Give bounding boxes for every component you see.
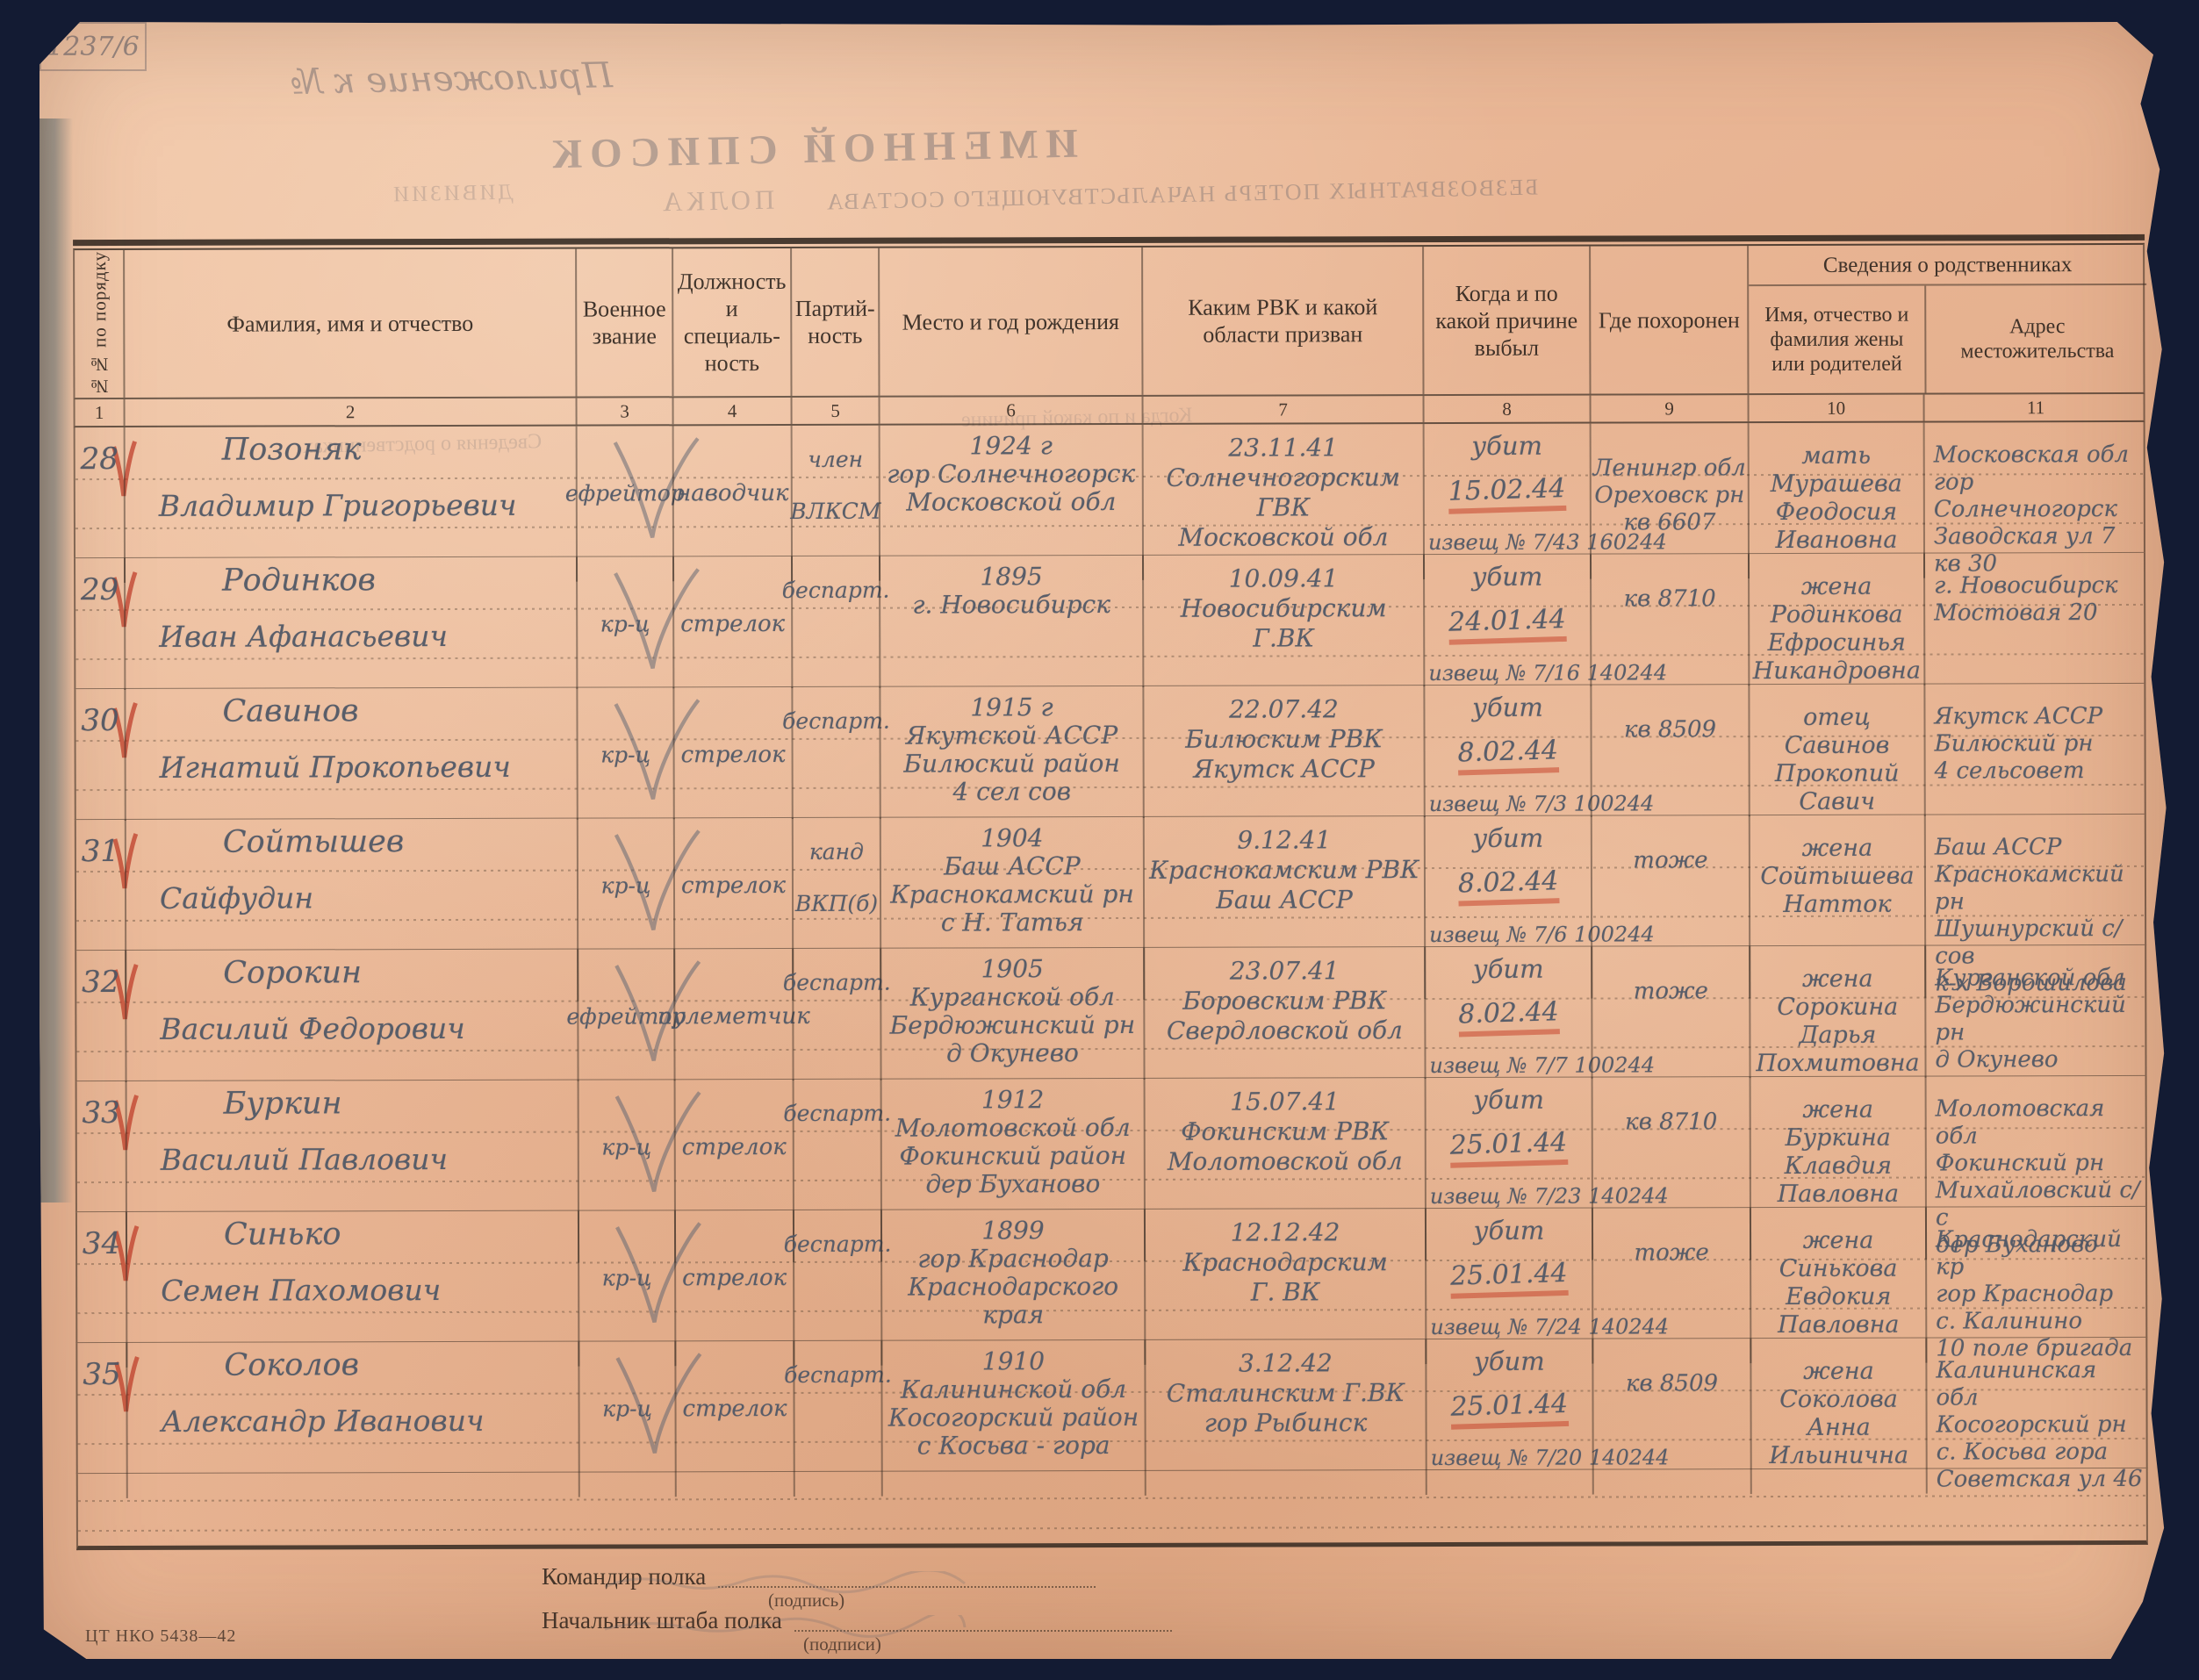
entry-party: беспарт. <box>783 970 891 995</box>
cell-party-status: беспарт. <box>791 687 879 819</box>
entry-given-names: Александр Иванович <box>162 1404 575 1439</box>
scanned-casualty-list-page: { "page": { "stamp_number": "1237/6", "f… <box>0 0 2199 1680</box>
bleedthrough-title: ИМЕННОЙ СПИСОК <box>544 120 1079 179</box>
table-body: 28 Позоняк Владимир Григорьевич ефрейтор… <box>74 422 2148 1550</box>
scan-edge-strip <box>32 118 73 1203</box>
column-number: 5 <box>791 398 879 424</box>
casualty-status: убит <box>1472 693 1543 722</box>
bleedthrough-subtitle: БЕЗВОЗВРАТНЫХ ПОТЕРЬ НАЧАЛЬСТВУЮЩЕГО СОС… <box>825 174 1539 215</box>
stamp-number-box: 1237/6 <box>40 22 147 71</box>
cell-draft-office: 22.07.42 Билюским РВК Якутск АССР <box>1142 686 1423 818</box>
casualty-date: 8.02.44 <box>1458 996 1560 1037</box>
entry-surname: Сойтышев <box>223 824 573 860</box>
casualty-status: убит <box>1474 1346 1545 1376</box>
col-header-when: Когда и по какой причине выбыл <box>1422 247 1589 394</box>
entry-given-names: Василий Федорович <box>160 1011 573 1046</box>
entry-rank: кр-ц <box>601 872 651 898</box>
column-number: 9 <box>1590 395 1748 421</box>
cell-burial-place: тоже <box>1591 946 1749 1078</box>
cell-casualty-info: убит 8.02.44 извещ № 7/7 100244 <box>1424 947 1591 1079</box>
entry-given-names: Василий Павлович <box>161 1142 574 1177</box>
entry-given-names: Сайфудин <box>160 880 573 915</box>
col-header-buried: Где похоронен <box>1589 246 1747 393</box>
entry-party: член <box>808 447 863 472</box>
cell-relative-address: Якутск АССР Билюский рн 4 сельсовет <box>1923 684 2147 816</box>
column-number: 6 <box>879 397 1142 424</box>
casualty-status: убит <box>1471 431 1542 461</box>
column-number: 7 <box>1142 396 1423 423</box>
bleedthrough-division: ДИВИЗИИ <box>391 181 514 208</box>
entry-position: стрелок <box>680 611 785 637</box>
relatives-group-title: Сведения о родственниках <box>1749 245 2146 286</box>
print-form-number: ЦТ НКО 5438—42 <box>85 1626 236 1647</box>
cell-position: пулеметчик <box>673 949 792 1081</box>
entry-given-names: Иван Афанасьевич <box>159 619 572 654</box>
col-header-number: №№ по порядку <box>75 250 123 398</box>
cell-position: стрелок <box>672 556 791 688</box>
cell-position: стрелок <box>672 687 791 819</box>
entry-surname: Савинов <box>222 693 572 729</box>
entry-surname: Соколов <box>224 1347 574 1383</box>
column-number: 10 <box>1748 395 1923 422</box>
col-header-rank: Военное звание <box>575 248 672 396</box>
entry-rank: кр-ц <box>602 1396 652 1421</box>
entry-position: стрелок <box>683 1396 787 1422</box>
cell-full-name: Сорокин Василий Федорович <box>125 950 577 1082</box>
cell-relative-name: жена Родинкова Ефросинья Никандровна <box>1748 554 1923 686</box>
entry-party: ВКП(б) <box>795 891 878 916</box>
table-row: 29 Родинков Иван Афанасьевич кр-ц стрело… <box>74 553 2145 689</box>
entry-surname: Синько <box>224 1217 574 1253</box>
column-number: 3 <box>576 398 672 424</box>
cell-casualty-info: убит 24.01.44 извещ № 7/16 140244 <box>1423 555 1590 686</box>
table-row: 30 Савинов Игнатий Прокопьевич кр-ц стре… <box>74 684 2145 820</box>
entry-surname: Родинков <box>222 563 572 599</box>
entry-position: наводчик <box>676 480 788 506</box>
document-paper: Приложение к № 1237/6 ИМЕННОЙ СПИСОК ДИВ… <box>40 22 2168 1659</box>
cell-draft-office: 10.09.41 Новосибирским Г.ВК <box>1142 555 1423 687</box>
column-number: 1 <box>75 399 124 426</box>
entry-party: беспарт. <box>784 1362 892 1388</box>
entry-rank: кр-ц <box>600 611 650 636</box>
entry-position: стрелок <box>682 1134 787 1160</box>
cell-birth-place: 1915 г Якутской АССР Билюский район 4 се… <box>879 686 1142 819</box>
entry-party: беспарт. <box>782 708 890 734</box>
cell-relative-name: отец Савинов Прокопий Савич <box>1748 685 1923 817</box>
casualty-date: 8.02.44 <box>1457 865 1559 906</box>
entry-position: пулеметчик <box>658 1003 810 1030</box>
entry-surname: Буркин <box>224 1086 574 1122</box>
entry-rank: кр-ц <box>601 1134 651 1159</box>
cell-burial-place: кв 8710 <box>1590 554 1748 686</box>
entry-position: стрелок <box>681 742 786 768</box>
casualty-date: 25.01.44 <box>1450 1389 1569 1430</box>
cell-row-number: 30 <box>75 689 124 821</box>
table-row: 28 Позоняк Владимир Григорьевич ефрейтор… <box>74 422 2145 558</box>
column-number: 11 <box>1923 394 2147 421</box>
empty-table-row <box>76 1468 2148 1550</box>
row-number: 29 <box>81 572 119 690</box>
entry-given-names: Игнатий Прокопьевич <box>160 750 573 785</box>
entry-surname: Сорокин <box>223 955 573 991</box>
entry-rank: кр-ц <box>600 742 650 767</box>
cell-row-number: 32 <box>76 951 125 1082</box>
signature-scribble <box>601 1571 970 1594</box>
row-number: 32 <box>82 965 120 1082</box>
table-row: 34 Синько Семен Пахомович кр-ц стрелок б… <box>75 1207 2147 1343</box>
entry-position: стрелок <box>682 1265 787 1291</box>
col-header-birth: Место и год рождения <box>878 248 1141 396</box>
col-header-party: Партий- ность <box>790 248 878 396</box>
cell-relative-name: жена Сорокина Дарья Похмитовна <box>1749 946 1924 1079</box>
col-header-rvk: Каким РВК и какой области призван <box>1141 247 1422 395</box>
entry-party: беспарт. <box>784 1231 892 1257</box>
table-header-row: №№ по порядку Фамилия, имя и отчество Во… <box>73 243 2145 399</box>
entry-party: канд <box>809 839 864 865</box>
col-header-name: Фамилия, имя и отчество <box>123 249 575 398</box>
entry-party: ВЛКСМ <box>790 499 880 524</box>
cell-relative-address: г. Новосибирск Мостовая 20 <box>1923 553 2147 686</box>
casualty-status: убит <box>1474 1216 1545 1246</box>
entry-party: беспарт. <box>782 578 890 603</box>
cell-full-name: Савинов Игнатий Прокопьевич <box>124 688 576 821</box>
bleedthrough-polka: ПОЛКА <box>658 184 775 219</box>
entry-surname: Позоняк <box>222 432 572 468</box>
casualty-status: убит <box>1473 954 1544 984</box>
cell-party-status: беспарт. <box>791 556 879 688</box>
cell-military-rank: кр-ц <box>576 687 672 819</box>
col-header-position: Должность и специаль- ность <box>672 248 790 396</box>
casualty-date: 15.02.44 <box>1448 473 1566 514</box>
cell-draft-office: 23.07.41 Боровским РВК Свердловской обл <box>1143 947 1424 1080</box>
cell-full-name: Родинков Иван Афанасьевич <box>124 557 576 690</box>
cell-relative-address: Курганской обл Бердюжинский рн д Окунево <box>1924 945 2148 1078</box>
cell-casualty-info: убит 8.02.44 извещ № 7/3 100244 <box>1423 686 1590 817</box>
cell-row-number: 29 <box>75 558 124 690</box>
casualty-table: №№ по порядку Фамилия, имя и отчество Во… <box>73 234 2148 1550</box>
column-number: 4 <box>672 398 791 424</box>
casualty-status: убит <box>1472 562 1543 592</box>
entry-given-names: Владимир Григорьевич <box>159 488 572 523</box>
cell-birth-place: 1895 г. Новосибирск <box>879 556 1142 688</box>
column-number: 8 <box>1423 396 1590 422</box>
table-row: 32 Сорокин Василий Федорович ефрейтор пу… <box>75 945 2146 1081</box>
signature-scribble <box>601 1615 970 1638</box>
casualty-date: 25.01.44 <box>1449 1127 1568 1168</box>
table-row: 31 Сойтышев Сайфудин кр-ц стрелок канд В… <box>75 815 2146 951</box>
cell-party-status: беспарт. <box>792 949 880 1081</box>
casualty-status: убит <box>1473 1085 1544 1115</box>
bleedthrough-attachment-note: Приложение к № <box>290 55 614 103</box>
entry-rank: кр-ц <box>602 1265 652 1290</box>
casualty-date: 8.02.44 <box>1457 735 1559 775</box>
stamp-number: 1237/6 <box>47 32 140 62</box>
cell-birth-place: 1905 Курганской обл Бердюжинский рн д Ок… <box>880 948 1143 1081</box>
col-header-relatives-group: Сведения о родственниках Имя, отчество и… <box>1747 245 2146 393</box>
entry-party: беспарт. <box>783 1101 891 1126</box>
table-row: 33 Буркин Василий Павлович кр-ц стрелок … <box>75 1076 2147 1212</box>
casualty-date: 24.01.44 <box>1448 604 1567 645</box>
col-header-relative-name: Имя, отчество и фамилия жены или родител… <box>1749 286 1924 394</box>
entry-given-names: Семен Пахомович <box>161 1273 574 1308</box>
column-number: 2 <box>124 398 576 426</box>
entry-rank: ефрейтор <box>565 480 685 506</box>
cell-burial-place: кв 8509 <box>1590 685 1748 816</box>
table-row: 35 Соколов Александр Иванович кр-ц стрел… <box>75 1338 2147 1474</box>
casualty-status: убит <box>1472 823 1543 853</box>
cell-military-rank: кр-ц <box>576 556 672 688</box>
casualty-date: 25.01.44 <box>1450 1258 1569 1299</box>
col-header-address: Адрес местожительства <box>1924 285 2148 393</box>
row-number: 30 <box>81 703 119 821</box>
entry-position: стрелок <box>681 872 786 899</box>
